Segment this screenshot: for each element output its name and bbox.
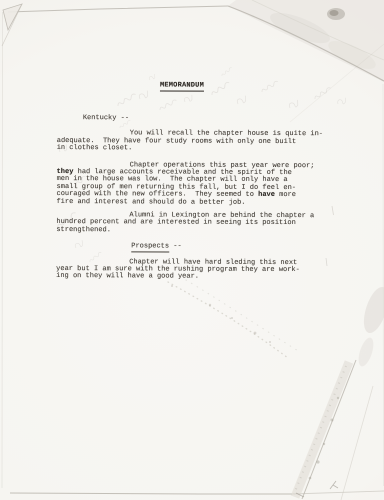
prospects-heading: Prospects -- [131, 244, 306, 252]
memo-title: MEMORANDUM [160, 82, 204, 91]
scanned-memo-page: MEMORANDUM Kentucky --You will recall th… [0, 0, 384, 500]
kentucky-heading: Kentucky -- [83, 115, 307, 123]
typed-line: Prospects -- [131, 244, 306, 252]
para-1: You will recall the chapter house is qui… [57, 130, 307, 153]
para-3: Alumni in Lexington are behind the chapt… [56, 212, 306, 235]
typed-line: in clothes closet. [57, 145, 307, 153]
para-4: Chapter will have hard sleding this next… [56, 259, 306, 282]
crease-bottom-right [294, 284, 384, 500]
typed-line: Kentucky -- [83, 115, 307, 123]
typed-line: strengthened. [56, 227, 306, 235]
memo-body: Kentucky --You will recall the chapter h… [56, 115, 307, 282]
speckle-band [168, 280, 300, 358]
para-2: Chapter operations this past year were p… [56, 162, 306, 208]
memo-text: MEMORANDUM Kentucky --You will recall th… [56, 82, 307, 282]
dog-ear-top-left [2, 4, 22, 46]
typed-line: fire and interest and should do a better… [56, 199, 306, 207]
typed-line: ing on they will have a good year. [56, 273, 306, 281]
memo-title-row: MEMORANDUM [57, 82, 307, 92]
